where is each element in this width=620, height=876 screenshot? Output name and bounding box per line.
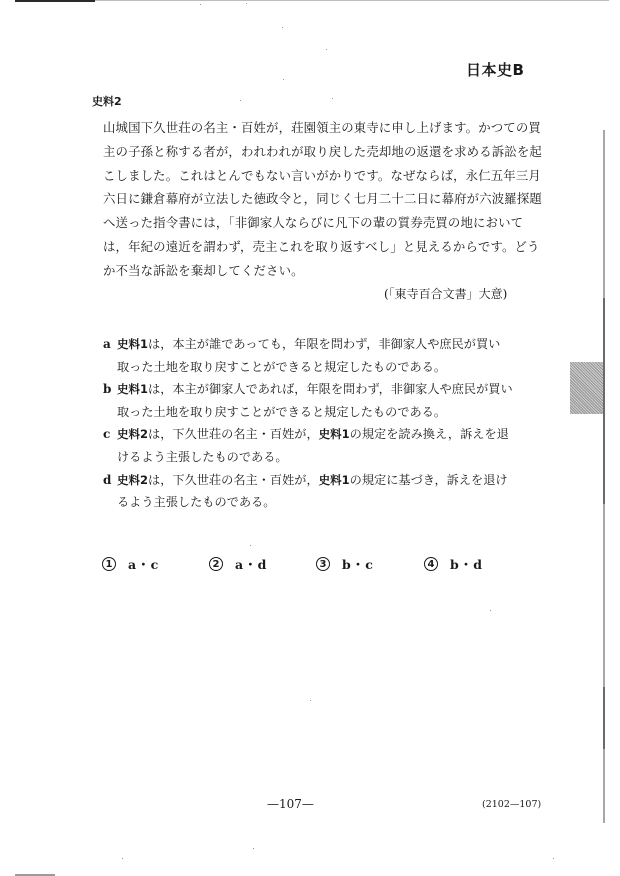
scan-speck — [210, 348, 211, 349]
statement-c: c史料2は，下久世荘の名主・百姓が，史料1の規定を読み換え，訴えを退 — [103, 423, 543, 446]
statement-d: d史料2は，下久世荘の名主・百姓が，史料1の規定に基づき，訴えを退け — [103, 469, 543, 492]
page-number: —107— — [267, 797, 314, 811]
source-label: 史料2 — [92, 93, 122, 109]
scan-speck — [282, 27, 283, 28]
choice-1[interactable]: 1 a・c — [102, 555, 159, 573]
statement-letter: d — [103, 469, 117, 492]
scan-speck — [310, 700, 311, 701]
page-code: (2102—107) — [482, 799, 541, 810]
source-ref: 史料2 — [117, 473, 148, 487]
statement-text: は，下久世荘の名主・百姓が， — [148, 473, 319, 487]
statement-text: の規定に基づき，訴えを退け — [350, 473, 508, 487]
statement-list: a史料1は，本主が誰であっても，年限を問わず，非御家人や庶民が買い 取った土地を… — [103, 333, 543, 514]
passage-line: 山城国下久世荘の名主・百姓が，荘園領主の東寺に申し上げます。かつての買 — [103, 116, 535, 140]
passage-line: こしました。これはとんでもない言いがかりです。なぜならば，永仁五年三月 — [103, 164, 535, 188]
statement-text: は，本主が誰であっても，年限を問わず，非御家人や庶民が買い — [148, 337, 500, 351]
circled-number-icon: 2 — [209, 557, 223, 571]
section-index-tab — [570, 362, 603, 414]
scan-speck — [326, 49, 327, 50]
answer-choices: 1 a・c 2 a・d 3 b・c 4 b・d — [102, 555, 542, 575]
scan-speck — [246, 3, 247, 4]
passage-line: は，年紀の遠近を謂わず，売主これを取り返すべし」と見えるからです。どう — [103, 235, 535, 259]
choice-4[interactable]: 4 b・d — [424, 555, 483, 573]
choice-text: a・c — [128, 555, 159, 573]
passage-line: へ送った指令書には，「非御家人ならびに凡下の輩の質券売買の地において — [103, 211, 535, 235]
statement-d-cont: るよう主張したものである。 — [103, 491, 543, 514]
choice-text: b・c — [342, 555, 374, 573]
source-passage: 山城国下久世荘の名主・百姓が，荘園領主の東寺に申し上げます。かつての買 主の子孫… — [103, 116, 535, 283]
statement-b-cont: 取った土地を取り戻すことができると規定したものである。 — [103, 401, 543, 424]
passage-line: 六日に鎌倉幕府が立法した徳政令と，同じく七月二十二日に幕府が六波羅探題 — [103, 187, 535, 211]
statement-text: の規定を読み換え，訴えを退 — [350, 427, 509, 441]
scan-speck — [490, 610, 491, 611]
statement-c-cont: けるよう主張したものである。 — [103, 446, 543, 469]
scan-speck — [250, 545, 251, 546]
subject-title: 日本史B — [466, 59, 524, 80]
circled-number-icon: 1 — [102, 557, 116, 571]
passage-line: 主の子孫と称する者が，われわれが取り戻した売却地の返還を求める訴訟を起 — [103, 140, 535, 164]
choice-text: b・d — [450, 555, 483, 573]
source-ref: 史料1 — [117, 337, 148, 351]
choice-2[interactable]: 2 a・d — [209, 555, 267, 573]
statement-a-cont: 取った土地を取り戻すことができると規定したものである。 — [103, 356, 543, 379]
statement-text: は，下久世荘の名主・百姓が， — [148, 427, 319, 441]
scan-speck — [253, 848, 254, 849]
source-ref: 史料1 — [319, 473, 350, 487]
statement-text: は，本主が御家人であれば，年限を問わず，非御家人や庶民が買い — [148, 382, 513, 396]
scan-speck — [553, 858, 554, 859]
statement-letter: a — [103, 333, 117, 356]
source-ref: 史料1 — [117, 382, 148, 396]
choice-3[interactable]: 3 b・c — [316, 555, 374, 573]
right-edge-rule-dark-segment — [603, 298, 605, 504]
statement-a: a史料1は，本主が誰であっても，年限を問わず，非御家人や庶民が買い — [103, 333, 543, 356]
circled-number-icon: 3 — [316, 557, 330, 571]
scan-speck — [332, 98, 333, 99]
scan-speck — [122, 858, 123, 859]
top-border-dark — [15, 0, 95, 2]
top-border-light — [95, 0, 609, 1]
source-ref: 史料1 — [319, 427, 350, 441]
scan-speck — [200, 4, 201, 5]
scan-speck — [240, 100, 241, 101]
statement-letter: c — [103, 423, 117, 446]
statement-letter: b — [103, 378, 117, 401]
statement-b: b史料1は，本主が御家人であれば，年限を問わず，非御家人や庶民が買い — [103, 378, 543, 401]
scan-speck — [283, 79, 284, 80]
source-citation: (「東寺百合文書」大意) — [384, 285, 507, 302]
source-ref: 史料2 — [117, 427, 148, 441]
right-edge-rule-dark-segment — [603, 687, 605, 749]
circled-number-icon: 4 — [424, 557, 438, 571]
passage-line: か不当な訴訟を棄却してください。 — [103, 259, 535, 283]
choice-text: a・d — [235, 555, 267, 573]
